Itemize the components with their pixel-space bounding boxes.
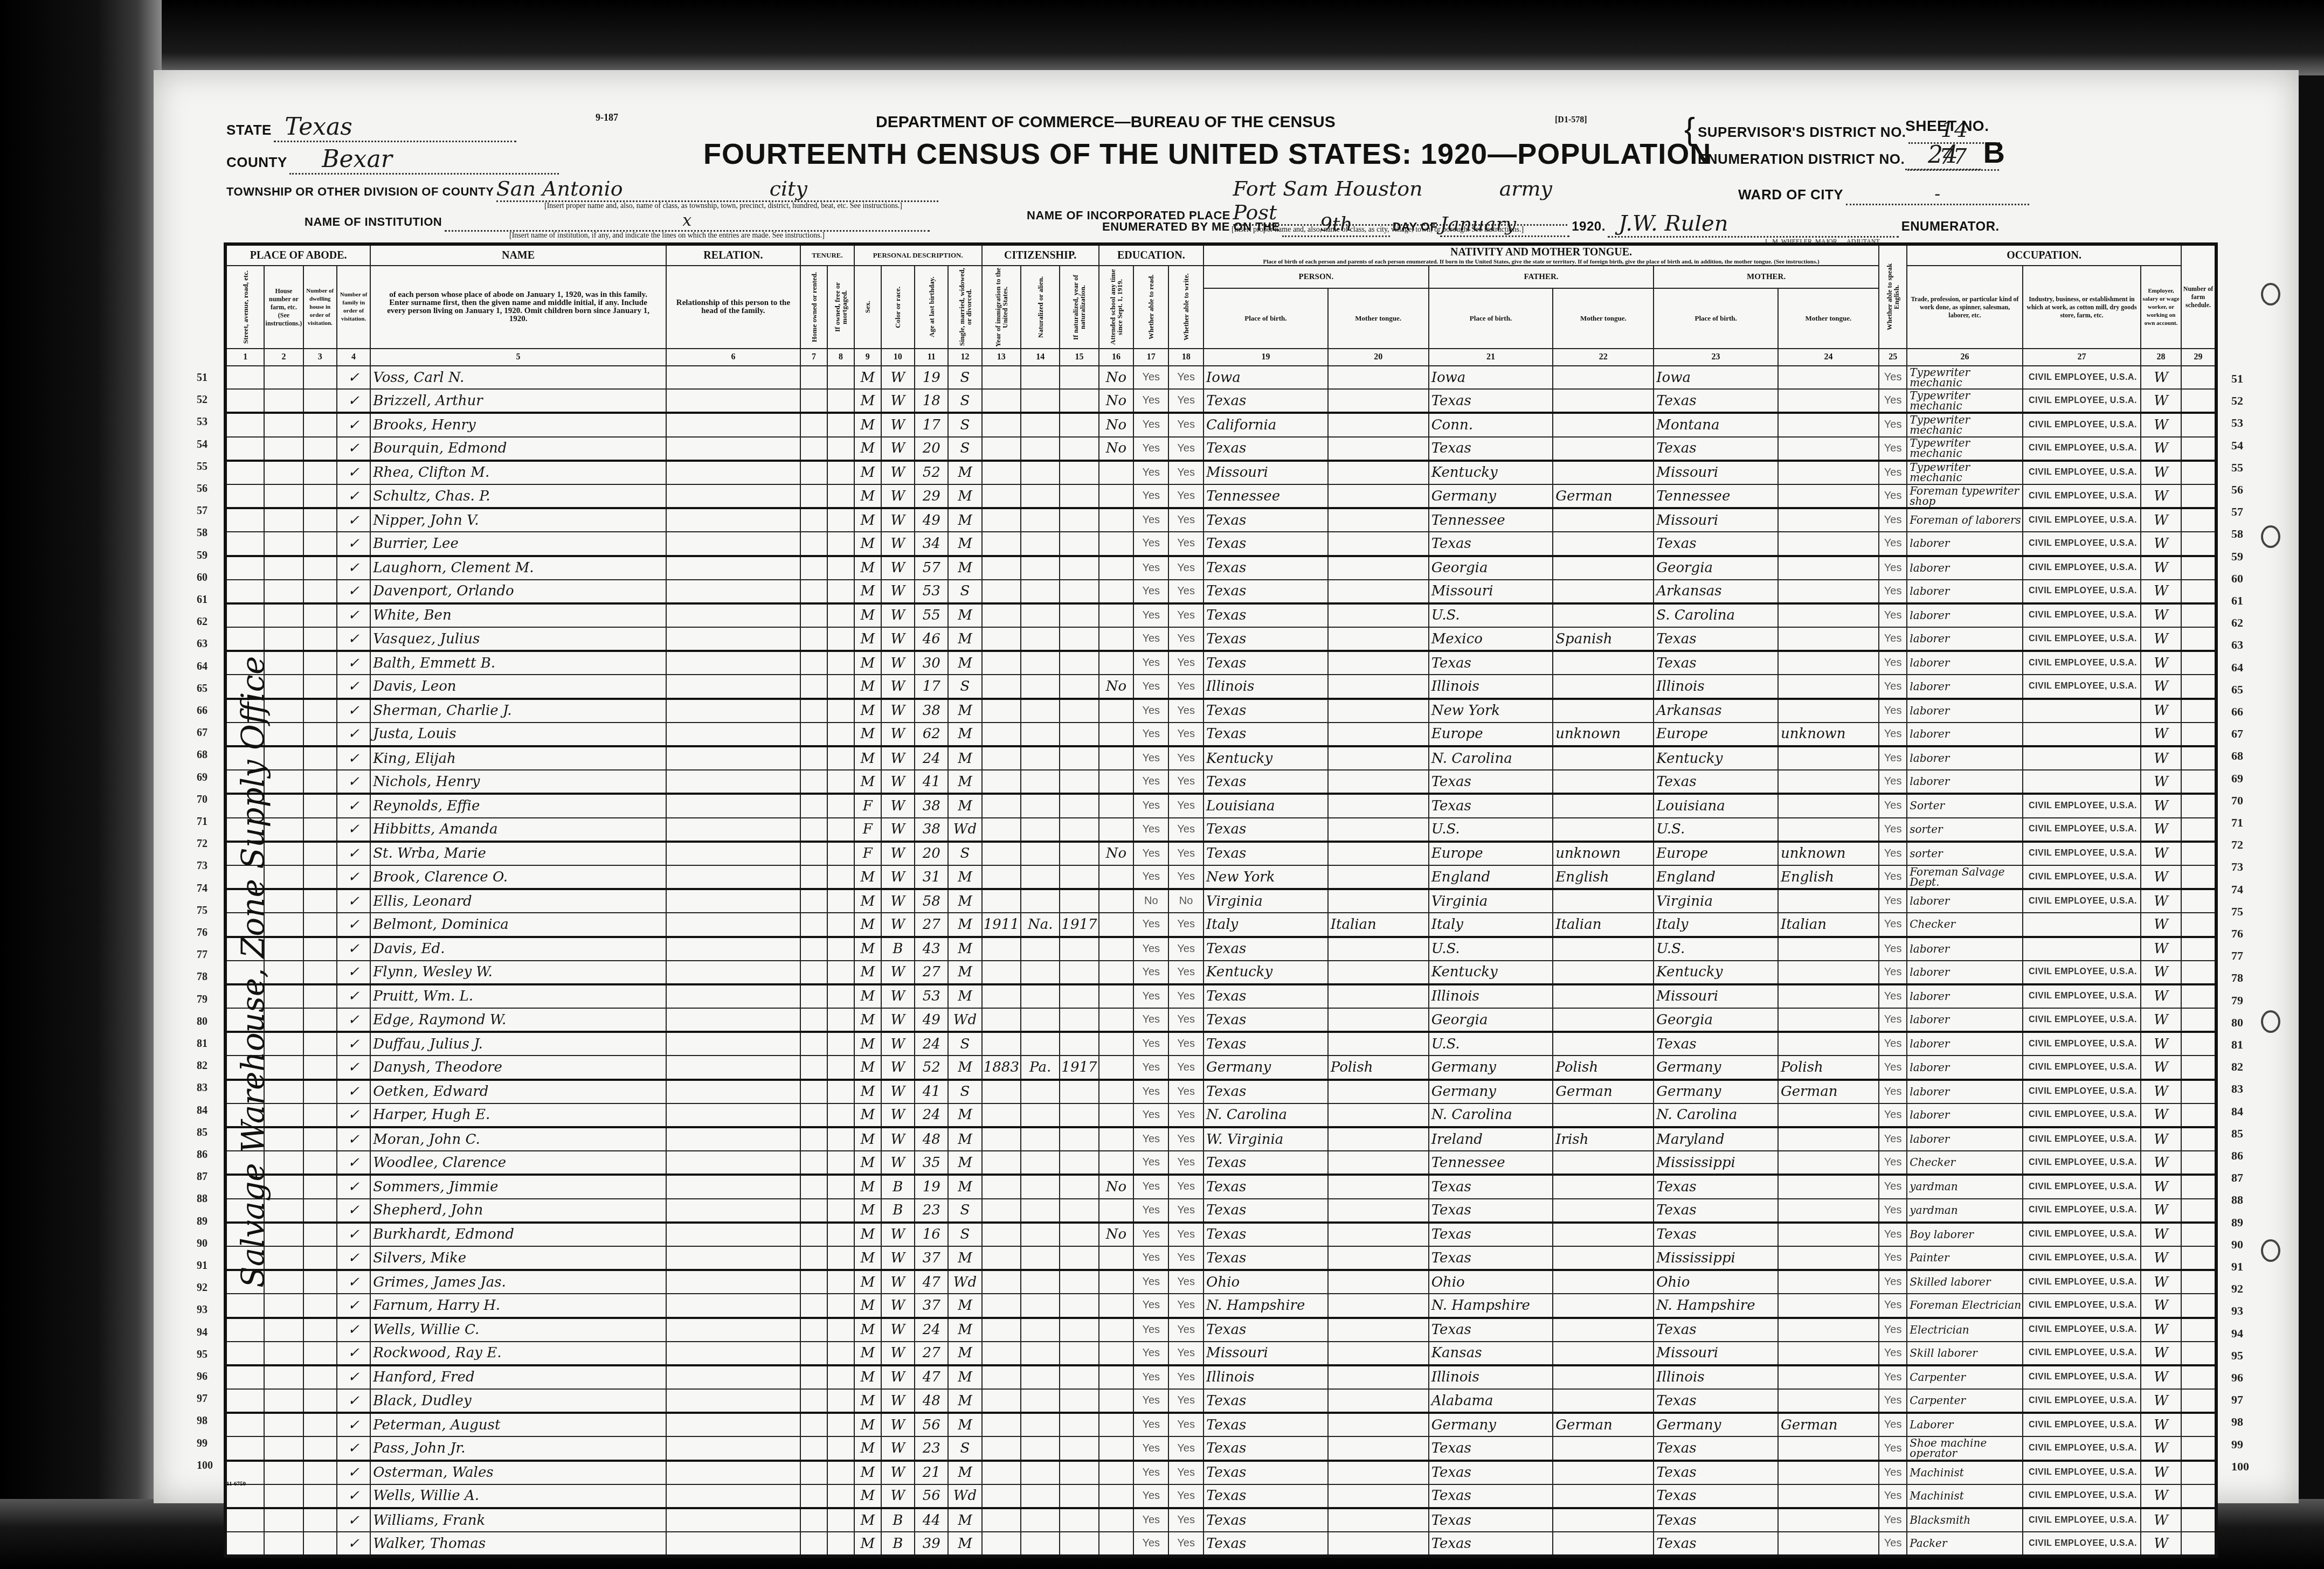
speaks-english-cell: Yes: [1879, 961, 1907, 984]
sex-cell: M: [854, 1318, 881, 1342]
margin-note: Salvage Warehouse, Zone Supply Office: [234, 656, 271, 1288]
naturalized-cell: [1021, 961, 1060, 984]
line-number: 86: [197, 1149, 207, 1161]
line-number: 67: [197, 727, 207, 739]
immigration-year-cell: [982, 1151, 1021, 1175]
col-9-label: Sex.: [864, 267, 871, 348]
father-tongue-cell: [1553, 1532, 1654, 1556]
marital-status-cell: M: [948, 937, 981, 961]
dwelling-number-cell: [303, 1246, 337, 1270]
col-5-label: of each person whose place of abode on J…: [370, 266, 666, 349]
sex-cell: M: [854, 1127, 881, 1151]
owned-free-cell: [827, 1127, 854, 1151]
industry-cell: CIVIL EMPLOYEE, U.S.A.: [2023, 984, 2141, 1008]
mother-tongue-cell: [1328, 1389, 1429, 1413]
county-field: County Bexar: [226, 145, 559, 175]
line-number: 91: [197, 1260, 207, 1272]
farm-schedule-cell: [2181, 651, 2216, 675]
worker-class-cell: W: [2141, 984, 2181, 1008]
naturalized-cell: [1021, 1008, 1060, 1032]
sex-cell: M: [854, 1413, 881, 1436]
naturalized-cell: [1021, 1389, 1060, 1413]
farm-schedule-cell: [2181, 366, 2216, 389]
age-cell: 21: [915, 1461, 948, 1484]
father-tongue-cell: [1553, 1389, 1654, 1413]
township-name: San Antonio: [496, 177, 623, 200]
naturalization-year-cell: [1060, 770, 1098, 794]
street-cell: [225, 1318, 264, 1342]
age-cell: 44: [915, 1508, 948, 1532]
can-read-cell: Yes: [1133, 1103, 1168, 1127]
marital-status-cell: M: [948, 889, 981, 913]
father-birthplace-cell: England: [1429, 865, 1553, 889]
age-cell: 43: [915, 937, 948, 961]
can-read-cell: Yes: [1133, 1294, 1168, 1317]
line-number: 83: [2231, 1082, 2243, 1096]
home-owned-cell: [800, 1508, 827, 1532]
birthplace-cell: Texas: [1203, 1199, 1328, 1223]
can-write-cell: Yes: [1168, 1103, 1203, 1127]
worker-class-cell: W: [2141, 484, 2181, 508]
person-name-cell: Bourquin, Edmond: [370, 437, 666, 461]
enumerated-check-icon: ✓: [337, 1413, 370, 1436]
industry-cell: [2023, 770, 2141, 794]
home-owned-cell: [800, 913, 827, 936]
street-cell: [225, 437, 264, 461]
dwelling-number-cell: [303, 413, 337, 436]
column-number: 22: [1553, 349, 1654, 366]
relation-cell: [666, 746, 800, 770]
industry-cell: [2023, 746, 2141, 770]
table-row: ✓Rockwood, Ray E.MW27MYesYesMissouriKans…: [225, 1342, 2216, 1365]
enumerated-check-icon: ✓: [337, 675, 370, 698]
farm-schedule-cell: [2181, 1532, 2216, 1556]
naturalization-year-cell: [1060, 675, 1098, 698]
can-write-cell: Yes: [1168, 1342, 1203, 1365]
trade-cell: laborer: [1907, 1080, 2022, 1103]
worker-class-cell: W: [2141, 1080, 2181, 1103]
county-value: Bexar: [289, 145, 559, 175]
naturalized-cell: [1021, 1032, 1060, 1056]
father-birthplace-cell: Mexico: [1429, 627, 1553, 651]
attended-school-cell: No: [1099, 437, 1134, 461]
line-number: 98: [197, 1415, 207, 1427]
immigration-year-cell: [982, 1103, 1021, 1127]
father-tongue-cell: [1553, 937, 1654, 961]
marital-status-cell: M: [948, 627, 981, 651]
home-owned-cell: [800, 1223, 827, 1246]
immigration-year-cell: [982, 842, 1021, 865]
age-cell: 30: [915, 651, 948, 675]
father-tongue-cell: [1553, 508, 1654, 532]
naturalized-cell: [1021, 556, 1060, 580]
line-number: 99: [2231, 1438, 2243, 1452]
dwelling-number-cell: [303, 913, 337, 936]
speaks-english-cell: Yes: [1879, 1508, 1907, 1532]
sheet-label: Sheet No.: [1905, 117, 2005, 135]
naturalization-year-cell: [1060, 1342, 1098, 1365]
can-read-cell: Yes: [1133, 627, 1168, 651]
naturalization-year-cell: [1060, 437, 1098, 461]
relation-cell: [666, 1199, 800, 1223]
father-birthplace-cell: U.S.: [1429, 818, 1553, 842]
birthplace-cell: Louisiana: [1203, 794, 1328, 817]
sex-cell: M: [854, 1008, 881, 1032]
naturalized-cell: [1021, 1484, 1060, 1508]
can-read-cell: Yes: [1133, 818, 1168, 842]
birthplace-cell: Texas: [1203, 1246, 1328, 1270]
col-16-label: Attended school any time since Sept. 1, …: [1109, 267, 1123, 348]
farm-schedule-cell: [2181, 889, 2216, 913]
industry-cell: CIVIL EMPLOYEE, U.S.A.: [2023, 1318, 2141, 1342]
immigration-year-cell: [982, 651, 1021, 675]
birthplace-cell: W. Virginia: [1203, 1127, 1328, 1151]
trade-cell: Sorter: [1907, 794, 2022, 817]
person-name-cell: Wells, Willie A.: [370, 1484, 666, 1508]
relation-cell: [666, 603, 800, 627]
group-name: NAME: [370, 244, 666, 266]
col-27-label: Industry, business, or establishment in …: [2023, 266, 2141, 349]
naturalization-year-cell: 1917: [1060, 1056, 1098, 1079]
trade-cell: Skill laborer: [1907, 1342, 2022, 1365]
father-birthplace-cell: Texas: [1429, 1175, 1553, 1198]
relation-cell: [666, 1080, 800, 1103]
dwelling-number-cell: [303, 1103, 337, 1127]
age-cell: 38: [915, 818, 948, 842]
house-number-cell: [264, 461, 303, 484]
marital-status-cell: S: [948, 1436, 981, 1460]
mother-birthplace-cell: Texas: [1654, 1508, 1778, 1532]
home-owned-cell: [800, 1103, 827, 1127]
home-owned-cell: [800, 746, 827, 770]
can-write-cell: Yes: [1168, 1508, 1203, 1532]
farm-schedule-cell: [2181, 1389, 2216, 1413]
immigration-year-cell: [982, 1008, 1021, 1032]
person-name-cell: Nichols, Henry: [370, 770, 666, 794]
column-number: 3: [303, 349, 337, 366]
owned-free-cell: [827, 937, 854, 961]
line-number: 98: [2231, 1415, 2243, 1429]
enumerated-check-icon: ✓: [337, 651, 370, 675]
industry-cell: CIVIL EMPLOYEE, U.S.A.: [2023, 675, 2141, 698]
relation-cell: [666, 1389, 800, 1413]
dwelling-number-cell: [303, 842, 337, 865]
mother-birthplace-cell: Texas: [1654, 651, 1778, 675]
father-tongue-cell: [1553, 580, 1654, 603]
table-row: ✓Hanford, FredMW47MYesYesIllinoisIllinoi…: [225, 1365, 2216, 1389]
farm-schedule-cell: [2181, 627, 2216, 651]
birthplace-cell: Texas: [1203, 580, 1328, 603]
enumerated-day: 9th: [1282, 213, 1390, 237]
attended-school-cell: [1099, 1246, 1134, 1270]
naturalization-year-cell: [1060, 366, 1098, 389]
sex-cell: M: [854, 1151, 881, 1175]
naturalization-year-cell: [1060, 580, 1098, 603]
father-tongue-cell: [1553, 389, 1654, 413]
home-owned-cell: [800, 984, 827, 1008]
naturalized-cell: [1021, 746, 1060, 770]
home-owned-cell: [800, 675, 827, 698]
dwelling-number-cell: [303, 1365, 337, 1389]
can-write-cell: Yes: [1168, 461, 1203, 484]
naturalized-cell: [1021, 1508, 1060, 1532]
enumerated-check-icon: ✓: [337, 1294, 370, 1317]
industry-cell: CIVIL EMPLOYEE, U.S.A.: [2023, 1294, 2141, 1317]
father-birthplace-cell: Iowa: [1429, 366, 1553, 389]
immigration-year-cell: [982, 461, 1021, 484]
street-cell: [225, 1508, 264, 1532]
table-row: ✓Schultz, Chas. P.MW29MYesYesTennesseeGe…: [225, 484, 2216, 508]
age-cell: 24: [915, 1318, 948, 1342]
naturalized-cell: [1021, 627, 1060, 651]
marital-status-cell: Wd: [948, 818, 981, 842]
enumerated-check-icon: ✓: [337, 413, 370, 436]
birthplace-cell: Texas: [1203, 984, 1328, 1008]
age-cell: 52: [915, 461, 948, 484]
mother-birthplace-cell: Texas: [1654, 1032, 1778, 1056]
person-name-cell: Black, Dudley: [370, 1389, 666, 1413]
industry-cell: CIVIL EMPLOYEE, U.S.A.: [2023, 1436, 2141, 1460]
col-12-label: Single, married, widowed, or divorced.: [958, 267, 972, 348]
relation-cell: [666, 913, 800, 936]
father-tongue-cell: [1553, 794, 1654, 817]
marital-status-cell: M: [948, 723, 981, 746]
sex-cell: M: [854, 1365, 881, 1389]
group-place-of-abode: PLACE OF ABODE.: [225, 244, 370, 266]
father-tongue-cell: [1553, 1103, 1654, 1127]
farm-schedule-cell: [2181, 1294, 2216, 1317]
birthplace-cell: Texas: [1203, 651, 1328, 675]
father-tongue-cell: [1553, 1199, 1654, 1223]
naturalization-year-cell: [1060, 1318, 1098, 1342]
marital-status-cell: M: [948, 1389, 981, 1413]
naturalized-cell: [1021, 1318, 1060, 1342]
trade-cell: laborer: [1907, 1103, 2022, 1127]
street-cell: [225, 413, 264, 436]
father-birthplace-cell: Illinois: [1429, 675, 1553, 698]
speaks-english-cell: Yes: [1879, 627, 1907, 651]
mother-mother-tongue-cell: [1778, 746, 1879, 770]
table-row: ✓Wells, Willie A.MW56WdYesYesTexasTexasT…: [225, 1484, 2216, 1508]
enumerated-check-icon: ✓: [337, 556, 370, 580]
can-read-cell: Yes: [1133, 366, 1168, 389]
table-row: ✓Nichols, HenryMW41MYesYesTexasTexasTexa…: [225, 770, 2216, 794]
person-name-cell: Justa, Louis: [370, 723, 666, 746]
owned-free-cell: [827, 580, 854, 603]
line-number: 69: [2231, 772, 2243, 786]
attended-school-cell: No: [1099, 1223, 1134, 1246]
worker-class-cell: W: [2141, 865, 2181, 889]
industry-cell: CIVIL EMPLOYEE, U.S.A.: [2023, 532, 2141, 556]
race-cell: W: [881, 1413, 915, 1436]
industry-cell: CIVIL EMPLOYEE, U.S.A.: [2023, 366, 2141, 389]
father-tongue-cell: [1553, 889, 1654, 913]
race-cell: W: [881, 580, 915, 603]
speaks-english-cell: Yes: [1879, 913, 1907, 936]
farm-schedule-cell: [2181, 1484, 2216, 1508]
father-tongue-cell: [1553, 1270, 1654, 1294]
mother-tongue-cell: [1328, 889, 1429, 913]
line-number: 57: [197, 505, 207, 517]
owned-free-cell: [827, 1389, 854, 1413]
dwelling-number-cell: [303, 1342, 337, 1365]
district-brace-icon: {: [1684, 113, 1695, 145]
industry-cell: CIVIL EMPLOYEE, U.S.A.: [2023, 603, 2141, 627]
farm-schedule-cell: [2181, 532, 2216, 556]
worker-class-cell: W: [2141, 937, 2181, 961]
street-cell: [225, 1389, 264, 1413]
dwelling-number-cell: [303, 770, 337, 794]
can-read-cell: Yes: [1133, 484, 1168, 508]
farm-schedule-cell: [2181, 842, 2216, 865]
birthplace-cell: Texas: [1203, 603, 1328, 627]
owned-free-cell: [827, 865, 854, 889]
attended-school-cell: [1099, 1127, 1134, 1151]
farm-schedule-cell: [2181, 1436, 2216, 1460]
marital-status-cell: S: [948, 413, 981, 436]
dwelling-number-cell: [303, 1151, 337, 1175]
birthplace-cell: Missouri: [1203, 1342, 1328, 1365]
relation-cell: [666, 842, 800, 865]
line-number: 59: [2231, 550, 2243, 564]
marital-status-cell: M: [948, 1461, 981, 1484]
naturalized-cell: [1021, 413, 1060, 436]
line-number: 60: [2231, 572, 2243, 586]
naturalized-cell: [1021, 1436, 1060, 1460]
race-cell: W: [881, 675, 915, 698]
column-number: 9: [854, 349, 881, 366]
mother-tongue-cell: Italian: [1328, 913, 1429, 936]
can-write-cell: Yes: [1168, 1294, 1203, 1317]
mother-mother-tongue-cell: [1778, 794, 1879, 817]
house-number-cell: [264, 508, 303, 532]
can-read-cell: Yes: [1133, 1151, 1168, 1175]
worker-class-cell: W: [2141, 913, 2181, 936]
sex-cell: M: [854, 651, 881, 675]
mother-mother-tongue-cell: [1778, 1294, 1879, 1317]
person-name-cell: St. Wrba, Marie: [370, 842, 666, 865]
col-23-label: Place of birth.: [1654, 288, 1778, 349]
speaks-english-cell: Yes: [1879, 842, 1907, 865]
attended-school-cell: [1099, 1008, 1134, 1032]
dwelling-number-cell: [303, 984, 337, 1008]
person-name-cell: Peterman, August: [370, 1413, 666, 1436]
col-17-label: Whether able to read.: [1147, 267, 1154, 348]
mother-tongue-cell: [1328, 1175, 1429, 1198]
table-row: ✓St. Wrba, MarieFW20SNoYesYesTexasEurope…: [225, 842, 2216, 865]
birthplace-cell: Texas: [1203, 937, 1328, 961]
worker-class-cell: W: [2141, 675, 2181, 698]
race-cell: W: [881, 461, 915, 484]
immigration-year-cell: [982, 1199, 1021, 1223]
trade-cell: Foreman typewriter shop: [1907, 484, 2022, 508]
dwelling-number-cell: [303, 580, 337, 603]
line-number: 90: [197, 1238, 207, 1250]
person-name-cell: Hanford, Fred: [370, 1365, 666, 1389]
line-number: 97: [2231, 1393, 2243, 1407]
home-owned-cell: [800, 1389, 827, 1413]
person-name-cell: Woodlee, Clarence: [370, 1151, 666, 1175]
trade-cell: laborer: [1907, 556, 2022, 580]
table-row: ✓Balth, Emmett B.MW30MYesYesTexasTexasTe…: [225, 651, 2216, 675]
table-row: ✓Black, DudleyMW48MYesYesTexasAlabamaTex…: [225, 1389, 2216, 1413]
enumerator-signature: J.W. Rulen: [1608, 211, 1899, 238]
race-cell: W: [881, 413, 915, 436]
marital-status-cell: Wd: [948, 1270, 981, 1294]
naturalization-year-cell: [1060, 1103, 1098, 1127]
immigration-year-cell: [982, 603, 1021, 627]
speaks-english-cell: Yes: [1879, 651, 1907, 675]
birthplace-cell: Italy: [1203, 913, 1328, 936]
person-name-cell: Davis, Leon: [370, 675, 666, 698]
can-write-cell: Yes: [1168, 1080, 1203, 1103]
line-number: 55: [2231, 461, 2243, 475]
speaks-english-cell: Yes: [1879, 603, 1907, 627]
home-owned-cell: [800, 1056, 827, 1079]
worker-class-cell: W: [2141, 651, 2181, 675]
father-tongue-cell: [1553, 770, 1654, 794]
mother-birthplace-cell: Texas: [1654, 1532, 1778, 1556]
speaks-english-cell: Yes: [1879, 889, 1907, 913]
naturalization-year-cell: [1060, 699, 1098, 723]
sex-cell: M: [854, 1056, 881, 1079]
attended-school-cell: No: [1099, 413, 1134, 436]
race-cell: W: [881, 366, 915, 389]
can-write-cell: Yes: [1168, 865, 1203, 889]
line-number: 95: [197, 1349, 207, 1361]
group-tenure: TENURE.: [800, 244, 854, 266]
immigration-year-cell: 1883: [982, 1056, 1021, 1079]
mother-mother-tongue-cell: Italian: [1778, 913, 1879, 936]
naturalization-year-cell: [1060, 508, 1098, 532]
table-row: ✓Walker, ThomasMB39MYesYesTexasTexasTexa…: [225, 1532, 2216, 1556]
father-birthplace-cell: Missouri: [1429, 580, 1553, 603]
worker-class-cell: W: [2141, 508, 2181, 532]
industry-cell: CIVIL EMPLOYEE, U.S.A.: [2023, 1056, 2141, 1079]
industry-cell: CIVIL EMPLOYEE, U.S.A.: [2023, 865, 2141, 889]
house-number-cell: [264, 627, 303, 651]
enumerated-check-icon: ✓: [337, 818, 370, 842]
farm-schedule-cell: [2181, 699, 2216, 723]
trade-cell: laborer: [1907, 532, 2022, 556]
naturalized-cell: Pa.: [1021, 1056, 1060, 1079]
table-row: ✓Grimes, James Jas.MW47WdYesYesOhioOhioO…: [225, 1270, 2216, 1294]
sex-cell: M: [854, 556, 881, 580]
mother-tongue-cell: [1328, 723, 1429, 746]
mother-mother-tongue-cell: [1778, 937, 1879, 961]
person-name-cell: Moran, John C.: [370, 1127, 666, 1151]
line-number: 56: [2231, 483, 2243, 497]
line-number: 96: [2231, 1371, 2243, 1385]
enumerated-check-icon: ✓: [337, 1342, 370, 1365]
mother-birthplace-cell: Texas: [1654, 1175, 1778, 1198]
naturalization-year-cell: [1060, 1246, 1098, 1270]
farm-schedule-cell: [2181, 1080, 2216, 1103]
sex-cell: M: [854, 1032, 881, 1056]
mother-mother-tongue-cell: [1778, 1199, 1879, 1223]
speaks-english-cell: Yes: [1879, 1389, 1907, 1413]
mother-tongue-cell: [1328, 1365, 1429, 1389]
sex-cell: M: [854, 913, 881, 936]
age-cell: 62: [915, 723, 948, 746]
birthplace-cell: California: [1203, 413, 1328, 436]
line-number: 87: [2231, 1171, 2243, 1185]
enumerated-check-icon: ✓: [337, 746, 370, 770]
birthplace-cell: N. Hampshire: [1203, 1294, 1328, 1317]
home-owned-cell: [800, 1008, 827, 1032]
worker-class-cell: W: [2141, 1151, 2181, 1175]
table-row: ✓Moran, John C.MW48MYesYesW. VirginiaIre…: [225, 1127, 2216, 1151]
